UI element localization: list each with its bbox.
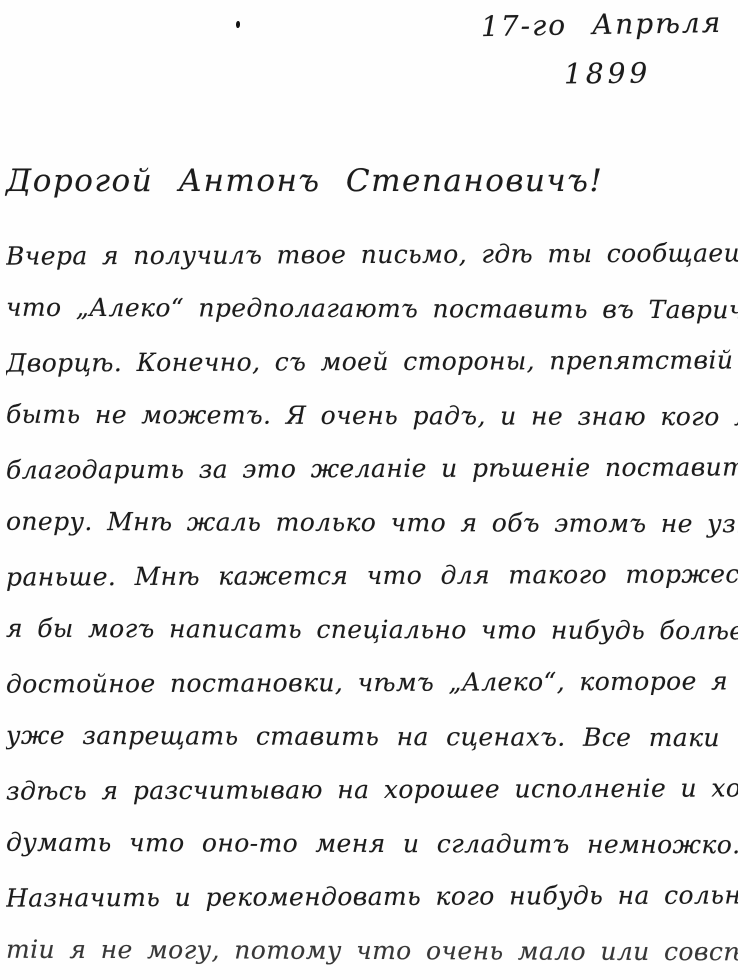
letter-page: 17-го Апрѣля 1899 Дорогой Антонъ Степано… [0, 0, 740, 980]
letter-line: Назначить и рекомендовать кого нибудь на… [6, 868, 738, 925]
letter-line: тіи я не могу, потому что очень мало или… [6, 922, 738, 978]
letter-line: я бы могъ написать спеціально что нибудь… [6, 601, 738, 657]
letter-line: думать что оно-то меня и сгладитъ немнож… [6, 815, 738, 871]
letter-line: достойное постановки, чѣмъ „Алеко“, кото… [6, 654, 738, 711]
letter-body: Вчера я получилъ твое письмо, гдѣ ты соо… [6, 228, 738, 977]
ink-dot [236, 21, 240, 28]
letter-line: раньше. Мнѣ кажется что для такого торже… [6, 547, 738, 604]
date-day-month: 17-го Апрѣля [480, 6, 722, 43]
date-block: 17-го Апрѣля 1899 [481, 8, 722, 90]
letter-line: оперу. Мнѣ жаль только что я объ этомъ н… [6, 494, 738, 550]
letter-line: уже запрещать ставить на сценахъ. Все та… [6, 708, 738, 764]
salutation: Дорогой Антонъ Степановичъ! [6, 163, 603, 199]
letter-line: что „Алеко“ предполагаютъ поставить въ Т… [6, 280, 738, 336]
letter-line: здѣсь я разсчитываю на хорошее исполнені… [6, 761, 738, 818]
letter-line: Дворцѣ. Конечно, съ моей стороны, препят… [6, 333, 738, 390]
letter-line: Вчера я получилъ твое письмо, гдѣ ты соо… [6, 226, 738, 283]
letter-line: быть не можетъ. Я очень радъ, и не знаю … [6, 387, 738, 443]
letter-line: благодарить за это желаніе и рѣшеніе пос… [6, 440, 738, 497]
date-year: 1899 [487, 56, 729, 91]
